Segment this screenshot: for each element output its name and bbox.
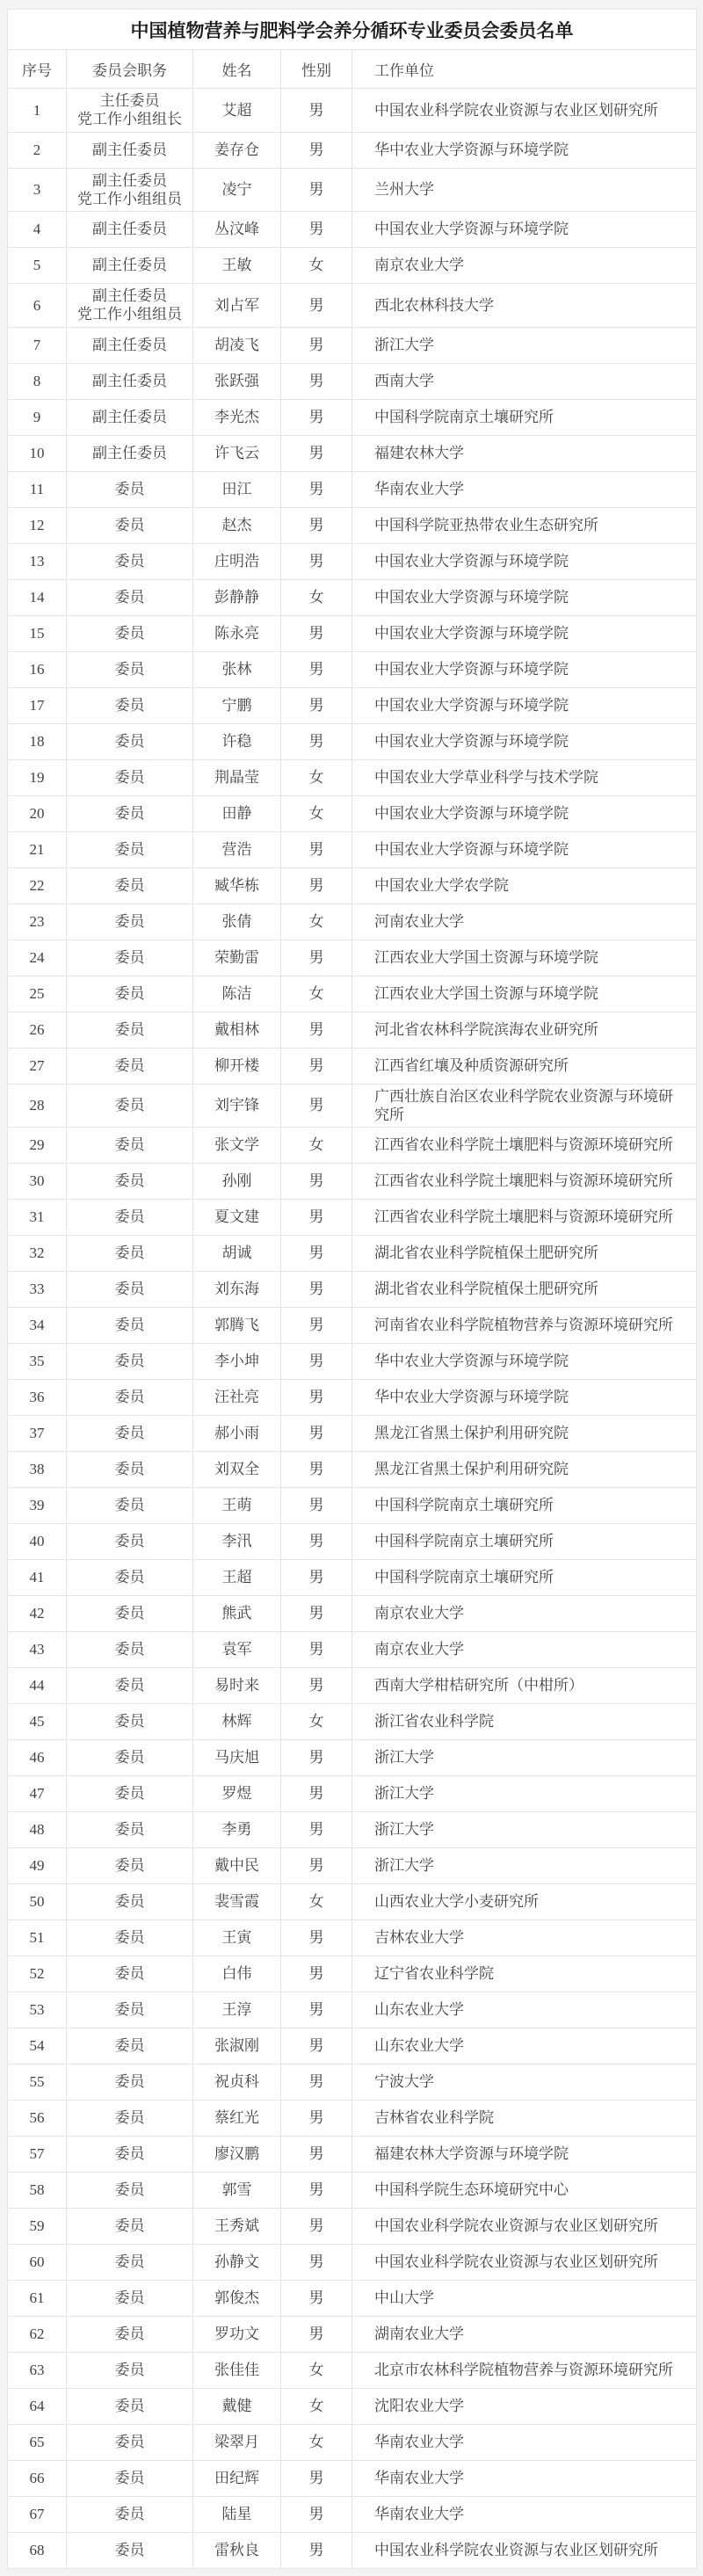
cell-no: 8 [8,363,67,399]
cell-position: 委员 [67,2028,193,2064]
cell-gender: 女 [281,579,352,615]
cell-name: 李光杰 [193,399,281,435]
cell-unit: 中国农业大学资源与环境学院 [352,579,697,615]
cell-no: 18 [8,723,67,759]
cell-no: 17 [8,687,67,723]
cell-no: 54 [8,2028,67,2064]
cell-gender: 男 [281,2497,352,2533]
cell-gender: 男 [281,1632,352,1668]
cell-gender: 女 [281,1128,352,1164]
cell-name: 姜存仓 [193,132,281,168]
cell-no: 60 [8,2245,67,2281]
column-header-position: 委员会职务 [67,50,193,89]
cell-name: 丛汶峰 [193,212,281,248]
cell-unit: 广西壮族自治区农业科学院农业资源与环境研究所 [352,1084,697,1128]
cell-no: 13 [8,543,67,579]
cell-gender: 女 [281,795,352,831]
cell-gender: 男 [281,1416,352,1452]
table-row: 62 委员 罗功文 男 湖南农业大学 [8,2317,697,2353]
table-row: 18 委员 许稳 男 中国农业大学资源与环境学院 [8,723,697,759]
cell-gender: 男 [281,1272,352,1308]
table-row: 1 主任委员 党工作小组组长 艾超 男 中国农业科学院农业资源与农业区划研究所 [8,89,697,133]
cell-no: 52 [8,1956,67,1992]
cell-name: 张文学 [193,1128,281,1164]
cell-gender: 女 [281,976,352,1012]
cell-position: 委员 [67,1416,193,1452]
cell-position: 副主任委员 党工作小组组员 [67,168,193,212]
cell-position: 委员 [67,2317,193,2353]
cell-name: 刘双全 [193,1452,281,1488]
cell-name: 郭雪 [193,2173,281,2209]
cell-position: 委员 [67,2281,193,2317]
cell-position: 委员 [67,2101,193,2137]
cell-no: 19 [8,759,67,795]
cell-name: 王萌 [193,1488,281,1524]
table-row: 47 委员 罗煜 男 浙江大学 [8,1776,697,1812]
table-row: 17 委员 宁鹏 男 中国农业大学资源与环境学院 [8,687,697,723]
cell-gender: 男 [281,1308,352,1344]
cell-unit: 江西省农业科学院土壤肥料与资源环境研究所 [352,1200,697,1236]
cell-gender: 男 [281,2101,352,2137]
cell-gender: 男 [281,1380,352,1416]
cell-name: 王寅 [193,1920,281,1956]
cell-unit: 华南农业大学 [352,2425,697,2461]
cell-unit: 华中农业大学资源与环境学院 [352,1380,697,1416]
cell-position: 委员 [67,903,193,940]
cell-position: 委员 [67,1668,193,1704]
cell-no: 31 [8,1200,67,1236]
cell-no: 12 [8,507,67,543]
cell-position: 委员 [67,831,193,867]
cell-no: 29 [8,1128,67,1164]
cell-name: 胡诚 [193,1236,281,1272]
cell-unit: 吉林省农业科学院 [352,2101,697,2137]
table-row: 5 副主任委员 王敏 女 南京农业大学 [8,248,697,284]
cell-no: 46 [8,1740,67,1776]
cell-unit: 江西省红壤及种质资源研究所 [352,1048,697,1084]
cell-position: 委员 [67,2137,193,2173]
cell-gender: 男 [281,1848,352,1884]
table-row: 11 委员 田江 男 华南农业大学 [8,471,697,507]
table-row: 53 委员 王淳 男 山东农业大学 [8,1992,697,2028]
cell-no: 43 [8,1632,67,1668]
cell-unit: 湖北省农业科学院植保土肥研究所 [352,1236,697,1272]
cell-name: 白伟 [193,1956,281,1992]
table-row: 41 委员 王超 男 中国科学院南京土壤研究所 [8,1560,697,1596]
table-row: 63 委员 张佳佳 女 北京市农林科学院植物营养与资源环境研究所 [8,2353,697,2389]
cell-position: 委员 [67,1272,193,1308]
cell-gender: 男 [281,1200,352,1236]
table-row: 33 委员 刘东海 男 湖北省农业科学院植保土肥研究所 [8,1272,697,1308]
cell-name: 蔡红光 [193,2101,281,2137]
cell-unit: 福建农林大学 [352,435,697,471]
cell-name: 廖汉鹏 [193,2137,281,2173]
table-row: 23 委员 张倩 女 河南农业大学 [8,903,697,940]
cell-position: 副主任委员 [67,212,193,248]
cell-name: 赵杰 [193,507,281,543]
column-header-no: 序号 [8,50,67,89]
cell-name: 郭俊杰 [193,2281,281,2317]
cell-no: 49 [8,1848,67,1884]
cell-no: 5 [8,248,67,284]
cell-name: 庄明浩 [193,543,281,579]
cell-unit: 中山大学 [352,2281,697,2317]
cell-gender: 女 [281,1884,352,1920]
cell-name: 张倩 [193,903,281,940]
cell-unit: 湖南农业大学 [352,2317,697,2353]
cell-name: 梁翠月 [193,2425,281,2461]
title-row: 中国植物营养与肥料学会养分循环专业委员会委员名单 [8,10,697,50]
cell-no: 15 [8,615,67,651]
cell-name: 张淑刚 [193,2028,281,2064]
cell-unit: 南京农业大学 [352,248,697,284]
table-row: 67 委员 陆星 男 华南农业大学 [8,2497,697,2533]
cell-position: 副主任委员 [67,399,193,435]
table-header-row: 序号 委员会职务 姓名 性别 工作单位 [8,50,697,89]
table-row: 7 副主任委员 胡凌飞 男 浙江大学 [8,327,697,363]
cell-position: 委员 [67,1704,193,1740]
table-row: 50 委员 裴雪霞 女 山西农业大学小麦研究所 [8,1884,697,1920]
cell-name: 艾超 [193,89,281,133]
cell-name: 张跃强 [193,363,281,399]
cell-gender: 男 [281,831,352,867]
cell-unit: 中国农业大学资源与环境学院 [352,651,697,687]
cell-no: 55 [8,2064,67,2101]
cell-no: 23 [8,903,67,940]
cell-gender: 男 [281,2173,352,2209]
cell-no: 16 [8,651,67,687]
cell-name: 田静 [193,795,281,831]
cell-position: 委员 [67,2353,193,2389]
cell-unit: 中国农业大学资源与环境学院 [352,687,697,723]
table-row: 28 委员 刘宇锋 男 广西壮族自治区农业科学院农业资源与环境研究所 [8,1084,697,1128]
cell-name: 王秀斌 [193,2209,281,2245]
cell-gender: 男 [281,615,352,651]
cell-name: 孙静文 [193,2245,281,2281]
cell-no: 65 [8,2425,67,2461]
cell-gender: 女 [281,903,352,940]
cell-gender: 男 [281,2533,352,2569]
table-row: 21 委员 营浩 男 中国农业大学资源与环境学院 [8,831,697,867]
table-row: 8 副主任委员 张跃强 男 西南大学 [8,363,697,399]
cell-position: 委员 [67,1380,193,1416]
cell-unit: 吉林农业大学 [352,1920,697,1956]
cell-name: 夏文建 [193,1200,281,1236]
cell-no: 66 [8,2461,67,2497]
table-row: 4 副主任委员 丛汶峰 男 中国农业大学资源与环境学院 [8,212,697,248]
cell-position: 委员 [67,1344,193,1380]
cell-unit: 黑龙江省黑土保护利用研究院 [352,1452,697,1488]
cell-position: 副主任委员 [67,327,193,363]
cell-unit: 河北省农林科学院滨海农业研究所 [352,1012,697,1048]
cell-unit: 华中农业大学资源与环境学院 [352,132,697,168]
cell-name: 郝小雨 [193,1416,281,1452]
cell-position: 委员 [67,2064,193,2101]
column-header-unit: 工作单位 [352,50,697,89]
cell-position: 委员 [67,651,193,687]
cell-gender: 男 [281,1812,352,1848]
cell-gender: 男 [281,168,352,212]
cell-name: 营浩 [193,831,281,867]
cell-gender: 男 [281,2245,352,2281]
cell-gender: 男 [281,2028,352,2064]
cell-name: 祝贞科 [193,2064,281,2101]
table-row: 64 委员 戴健 女 沈阳农业大学 [8,2389,697,2425]
table-row: 2 副主任委员 姜存仓 男 华中农业大学资源与环境学院 [8,132,697,168]
cell-position: 委员 [67,1012,193,1048]
cell-name: 孙刚 [193,1164,281,1200]
table-row: 13 委员 庄明浩 男 中国农业大学资源与环境学院 [8,543,697,579]
cell-gender: 男 [281,471,352,507]
cell-name: 戴健 [193,2389,281,2425]
cell-position: 委员 [67,1164,193,1200]
table-row: 46 委员 马庆旭 男 浙江大学 [8,1740,697,1776]
cell-no: 59 [8,2209,67,2245]
cell-unit: 西南大学柑桔研究所（中柑所） [352,1668,697,1704]
cell-no: 21 [8,831,67,867]
cell-position: 委员 [67,1632,193,1668]
cell-unit: 宁波大学 [352,2064,697,2101]
cell-unit: 北京市农林科学院植物营养与资源环境研究所 [352,2353,697,2389]
cell-position: 委员 [67,2209,193,2245]
cell-position: 主任委员 党工作小组组长 [67,89,193,133]
table-row: 58 委员 郭雪 男 中国科学院生态环境研究中心 [8,2173,697,2209]
cell-name: 刘宇锋 [193,1084,281,1128]
cell-unit: 江西农业大学国土资源与环境学院 [352,976,697,1012]
cell-unit: 中国农业科学院农业资源与农业区划研究所 [352,2533,697,2569]
cell-gender: 男 [281,1776,352,1812]
cell-name: 陈洁 [193,976,281,1012]
cell-name: 许飞云 [193,435,281,471]
cell-no: 40 [8,1524,67,1560]
cell-position: 委员 [67,1596,193,1632]
cell-no: 39 [8,1488,67,1524]
cell-gender: 男 [281,1524,352,1560]
cell-unit: 华南农业大学 [352,2461,697,2497]
cell-gender: 男 [281,867,352,903]
table-row: 56 委员 蔡红光 男 吉林省农业科学院 [8,2101,697,2137]
cell-position: 委员 [67,1048,193,1084]
cell-position: 委员 [67,1812,193,1848]
table-row: 16 委员 张林 男 中国农业大学资源与环境学院 [8,651,697,687]
cell-unit: 中国农业大学资源与环境学院 [352,615,697,651]
cell-no: 34 [8,1308,67,1344]
cell-position: 委员 [67,795,193,831]
cell-gender: 女 [281,248,352,284]
cell-name: 田江 [193,471,281,507]
table-row: 15 委员 陈永亮 男 中国农业大学资源与环境学院 [8,615,697,651]
cell-unit: 江西农业大学国土资源与环境学院 [352,940,697,976]
cell-gender: 男 [281,2461,352,2497]
cell-position: 委员 [67,2497,193,2533]
table-row: 14 委员 彭静静 女 中国农业大学资源与环境学院 [8,579,697,615]
cell-gender: 男 [281,327,352,363]
cell-position: 委员 [67,471,193,507]
cell-position: 委员 [67,615,193,651]
table-row: 36 委员 汪社亮 男 华中农业大学资源与环境学院 [8,1380,697,1416]
table-row: 37 委员 郝小雨 男 黑龙江省黑土保护利用研究院 [8,1416,697,1452]
cell-gender: 男 [281,1956,352,1992]
cell-position: 委员 [67,1488,193,1524]
cell-name: 荆晶莹 [193,759,281,795]
cell-gender: 男 [281,1452,352,1488]
cell-gender: 男 [281,284,352,328]
cell-no: 4 [8,212,67,248]
cell-position: 副主任委员 [67,363,193,399]
cell-no: 48 [8,1812,67,1848]
table-row: 29 委员 张文学 女 江西省农业科学院土壤肥料与资源环境研究所 [8,1128,697,1164]
cell-name: 王超 [193,1560,281,1596]
cell-position: 委员 [67,1776,193,1812]
committee-roster-table: 中国植物营养与肥料学会养分循环专业委员会委员名单 序号 委员会职务 姓名 性别 … [7,9,697,2569]
cell-name: 王淳 [193,1992,281,2028]
cell-gender: 男 [281,1668,352,1704]
table-row: 9 副主任委员 李光杰 男 中国科学院南京土壤研究所 [8,399,697,435]
cell-name: 刘东海 [193,1272,281,1308]
table-body: 1 主任委员 党工作小组组长 艾超 男 中国农业科学院农业资源与农业区划研究所 … [8,89,697,2569]
cell-gender: 男 [281,132,352,168]
cell-gender: 男 [281,89,352,133]
cell-gender: 男 [281,543,352,579]
column-header-gender: 性别 [281,50,352,89]
cell-unit: 山西农业大学小麦研究所 [352,1884,697,1920]
cell-unit: 浙江大学 [352,1812,697,1848]
cell-unit: 中国农业大学草业科学与技术学院 [352,759,697,795]
cell-unit: 南京农业大学 [352,1632,697,1668]
cell-gender: 男 [281,1740,352,1776]
table-row: 32 委员 胡诚 男 湖北省农业科学院植保土肥研究所 [8,1236,697,1272]
cell-no: 56 [8,2101,67,2137]
cell-unit: 江西省农业科学院土壤肥料与资源环境研究所 [352,1164,697,1200]
cell-gender: 男 [281,1164,352,1200]
cell-name: 刘占军 [193,284,281,328]
cell-no: 42 [8,1596,67,1632]
cell-position: 委员 [67,1084,193,1128]
cell-no: 35 [8,1344,67,1380]
cell-gender: 男 [281,1596,352,1632]
cell-position: 委员 [67,1524,193,1560]
cell-no: 7 [8,327,67,363]
table-row: 55 委员 祝贞科 男 宁波大学 [8,2064,697,2101]
cell-position: 副主任委员 [67,132,193,168]
cell-unit: 西南大学 [352,363,697,399]
table-row: 24 委员 荣勤雷 男 江西农业大学国土资源与环境学院 [8,940,697,976]
cell-no: 51 [8,1920,67,1956]
table-row: 35 委员 李小坤 男 华中农业大学资源与环境学院 [8,1344,697,1380]
cell-unit: 南京农业大学 [352,1596,697,1632]
cell-gender: 男 [281,2317,352,2353]
cell-no: 6 [8,284,67,328]
table-row: 43 委员 袁军 男 南京农业大学 [8,1632,697,1668]
cell-no: 14 [8,579,67,615]
cell-position: 委员 [67,1740,193,1776]
table-row: 42 委员 熊武 男 南京农业大学 [8,1596,697,1632]
cell-position: 委员 [67,759,193,795]
cell-gender: 男 [281,1344,352,1380]
cell-gender: 男 [281,2209,352,2245]
cell-position: 委员 [67,2173,193,2209]
cell-position: 委员 [67,2245,193,2281]
cell-position: 委员 [67,2533,193,2569]
cell-unit: 湖北省农业科学院植保土肥研究所 [352,1272,697,1308]
cell-name: 李小坤 [193,1344,281,1380]
cell-no: 9 [8,399,67,435]
cell-no: 67 [8,2497,67,2533]
cell-no: 38 [8,1452,67,1488]
cell-gender: 男 [281,1236,352,1272]
cell-gender: 男 [281,651,352,687]
cell-name: 裴雪霞 [193,1884,281,1920]
table-row: 65 委员 梁翠月 女 华南农业大学 [8,2425,697,2461]
cell-unit: 浙江省农业科学院 [352,1704,697,1740]
cell-no: 61 [8,2281,67,2317]
cell-no: 58 [8,2173,67,2209]
cell-no: 25 [8,976,67,1012]
cell-no: 50 [8,1884,67,1920]
cell-unit: 河南农业大学 [352,903,697,940]
cell-gender: 男 [281,2137,352,2173]
cell-gender: 女 [281,2425,352,2461]
cell-name: 罗功文 [193,2317,281,2353]
cell-unit: 浙江大学 [352,1776,697,1812]
cell-position: 委员 [67,867,193,903]
cell-name: 胡凌飞 [193,327,281,363]
cell-gender: 男 [281,1084,352,1128]
cell-position: 委员 [67,1956,193,1992]
cell-no: 1 [8,89,67,133]
cell-position: 委员 [67,1848,193,1884]
cell-no: 32 [8,1236,67,1272]
cell-unit: 福建农林大学资源与环境学院 [352,2137,697,2173]
cell-no: 63 [8,2353,67,2389]
cell-gender: 男 [281,212,352,248]
cell-unit: 辽宁省农业科学院 [352,1956,697,1992]
cell-unit: 山东农业大学 [352,2028,697,2064]
table-row: 10 副主任委员 许飞云 男 福建农林大学 [8,435,697,471]
cell-no: 2 [8,132,67,168]
table-row: 49 委员 戴中民 男 浙江大学 [8,1848,697,1884]
cell-unit: 华南农业大学 [352,471,697,507]
cell-name: 马庆旭 [193,1740,281,1776]
cell-unit: 中国农业大学资源与环境学院 [352,831,697,867]
cell-position: 委员 [67,2461,193,2497]
cell-gender: 女 [281,759,352,795]
table-row: 22 委员 臧华栋 男 中国农业大学农学院 [8,867,697,903]
table-row: 34 委员 郭腾飞 男 河南省农业科学院植物营养与资源环境研究所 [8,1308,697,1344]
cell-position: 委员 [67,1452,193,1488]
cell-unit: 中国科学院南京土壤研究所 [352,1524,697,1560]
cell-gender: 男 [281,1012,352,1048]
table-row: 38 委员 刘双全 男 黑龙江省黑土保护利用研究院 [8,1452,697,1488]
table-row: 20 委员 田静 女 中国农业大学资源与环境学院 [8,795,697,831]
cell-unit: 中国农业大学农学院 [352,867,697,903]
cell-name: 戴相林 [193,1012,281,1048]
cell-position: 副主任委员 党工作小组组员 [67,284,193,328]
cell-unit: 中国科学院南京土壤研究所 [352,1560,697,1596]
cell-position: 委员 [67,1236,193,1272]
cell-unit: 中国农业科学院农业资源与农业区划研究所 [352,2245,697,2281]
cell-position: 委员 [67,976,193,1012]
cell-no: 27 [8,1048,67,1084]
table-row: 57 委员 廖汉鹏 男 福建农林大学资源与环境学院 [8,2137,697,2173]
cell-position: 委员 [67,2425,193,2461]
cell-unit: 西北农林科技大学 [352,284,697,328]
cell-no: 37 [8,1416,67,1452]
cell-no: 64 [8,2389,67,2425]
cell-unit: 中国科学院亚热带农业生态研究所 [352,507,697,543]
cell-gender: 男 [281,363,352,399]
cell-name: 陆星 [193,2497,281,2533]
